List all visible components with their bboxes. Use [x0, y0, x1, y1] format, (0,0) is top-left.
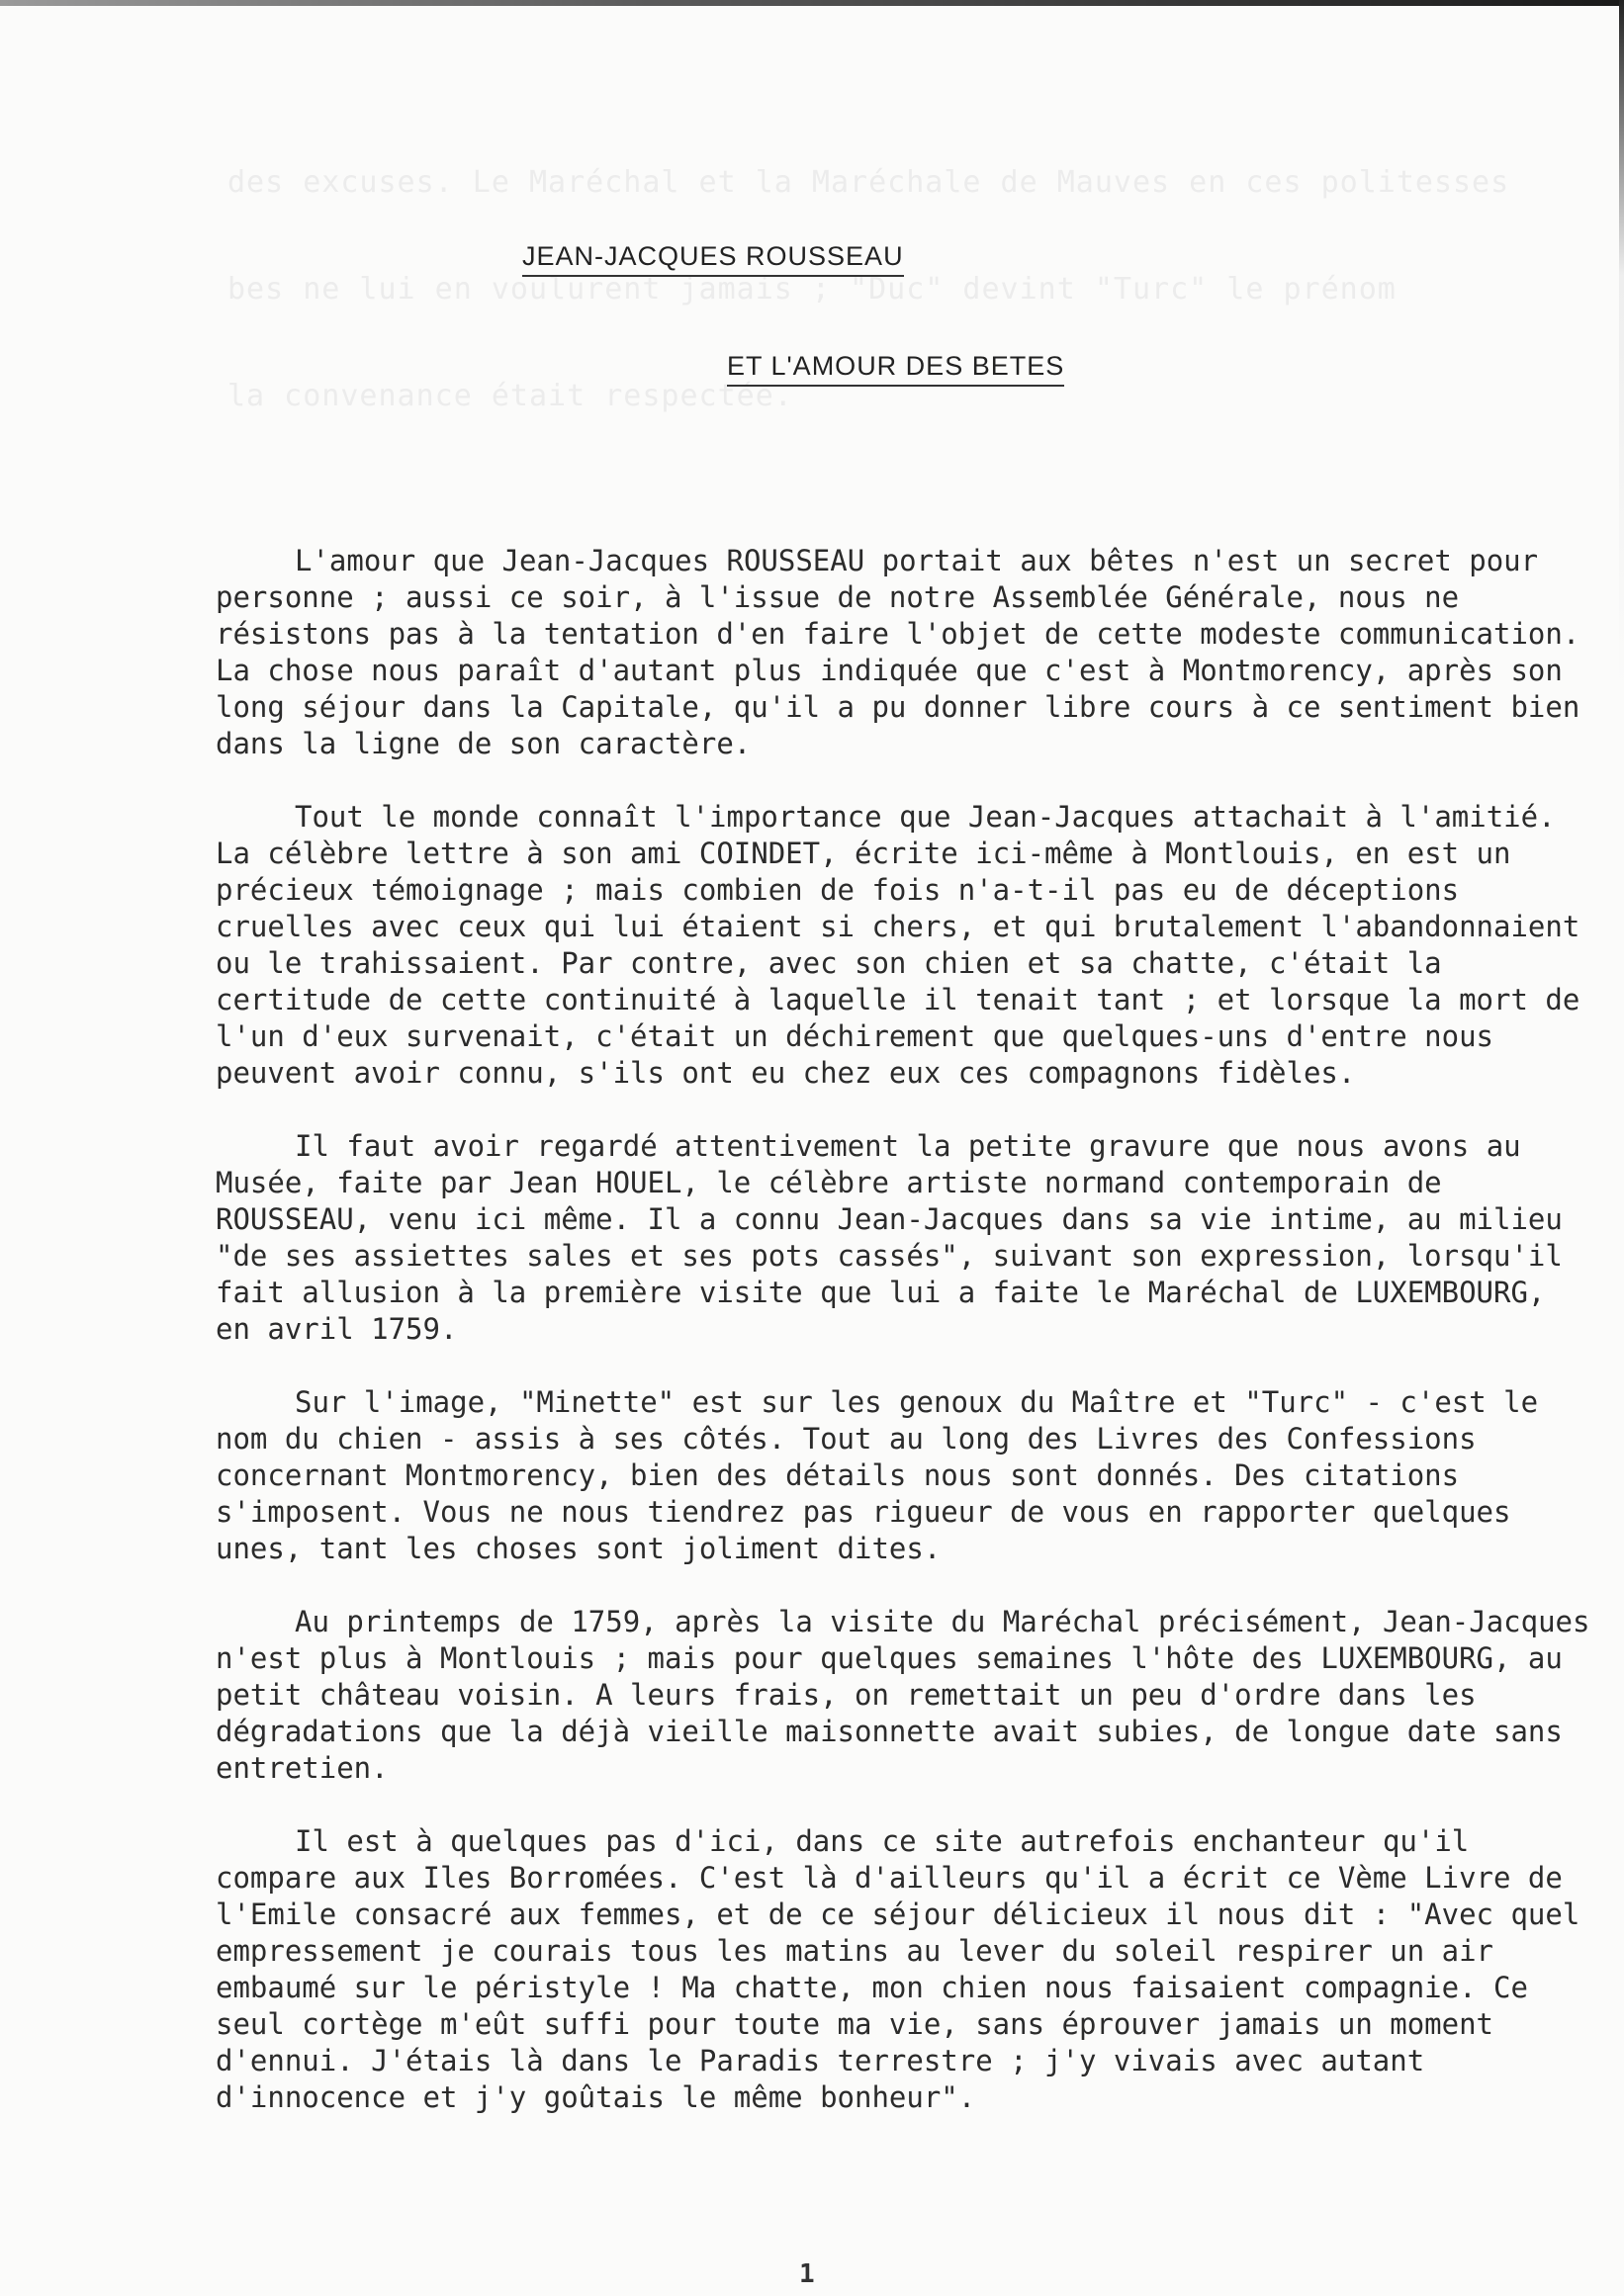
document-subtitle: ET L'AMOUR DES BETES	[727, 351, 1064, 387]
scan-edge-top	[0, 0, 1624, 6]
paragraph: Il faut avoir regardé attentivement la p…	[216, 1128, 1590, 1348]
bleed-line: des excuses. Le Maréchal et la Maréchale…	[227, 165, 1592, 201]
scan-edge-right	[1619, 0, 1624, 2296]
paragraph: L'amour que Jean-Jacques ROUSSEAU portai…	[216, 543, 1590, 762]
document-body: L'amour que Jean-Jacques ROUSSEAU portai…	[216, 543, 1590, 2153]
page-number: 1	[799, 2259, 815, 2289]
paragraph: Au printemps de 1759, après la visite du…	[216, 1604, 1590, 1787]
paragraph: Tout le monde connaît l'importance que J…	[216, 799, 1590, 1092]
document-title: JEAN-JACQUES ROUSSEAU	[522, 241, 904, 277]
paragraph: Sur l'image, "Minette" est sur les genou…	[216, 1384, 1590, 1567]
bleed-line: bes ne lui en voulurent jamais ; "Duc" d…	[227, 272, 1592, 308]
bleed-through-text: des excuses. Le Maréchal et la Maréchale…	[227, 94, 1592, 450]
paragraph: Il est à quelques pas d'ici, dans ce sit…	[216, 1823, 1590, 2116]
